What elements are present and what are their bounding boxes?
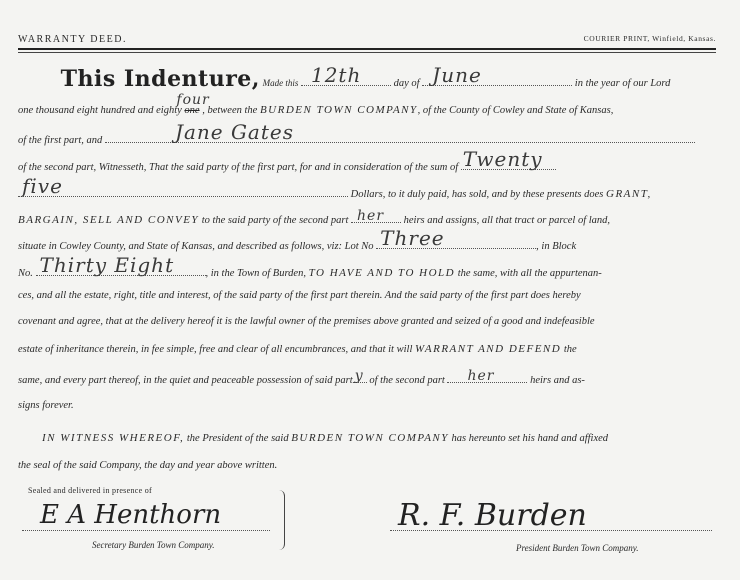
- dollars-line: five Dollars, to it duly paid, has sold,…: [18, 184, 716, 200]
- lot-line: situate in Cowley County, and State of K…: [18, 236, 716, 252]
- sum-value-1: Twenty: [463, 147, 543, 171]
- second-part-text: of the second part: [369, 375, 445, 386]
- party-suffix-value: y: [355, 368, 364, 384]
- day-value: 12th: [311, 63, 361, 87]
- heirs-as-text: heirs and as-: [530, 375, 585, 386]
- grantee-field: Jane Gates: [105, 130, 695, 143]
- printer-imprint: COURIER PRINT, Winfield, Kansas.: [584, 34, 716, 43]
- same-text: the same, with all the appurtenan-: [458, 268, 602, 279]
- witness-line: IN WITNESS WHEREOF, the President of the…: [42, 432, 716, 444]
- month-field: June: [422, 73, 572, 86]
- between-text: , between the: [202, 105, 257, 116]
- first-part-label: of the first part, and: [18, 135, 102, 146]
- year-prefix: one thousand eight hundred and eighty: [18, 105, 182, 116]
- witness-end-text: has hereunto set his hand and affixed: [452, 433, 609, 444]
- year-inserted: four: [176, 92, 209, 108]
- convey-line: BARGAIN, SELL AND CONVEY to the said par…: [18, 210, 716, 226]
- grant-text: GRANT,: [606, 188, 652, 200]
- pronoun-field-2: her: [447, 370, 527, 383]
- town-text: , in the Town of Burden,: [206, 268, 306, 279]
- possession-line: same, and every part thereof, in the qui…: [18, 370, 716, 386]
- lot-value: Three: [380, 226, 444, 250]
- president-signature: R. F. Burden: [398, 498, 587, 533]
- lot-field: Three: [376, 236, 536, 249]
- grantee-name: Jane Gates: [175, 120, 294, 144]
- block-line: No. Thirty Eight, in the Town of Burden,…: [18, 263, 716, 279]
- signature-brace: [278, 490, 285, 550]
- inheritance-line: estate of inheritance therein, in fee si…: [18, 343, 716, 355]
- have-hold-text: TO HAVE AND TO HOLD: [309, 267, 456, 279]
- situate-text: situate in Cowley County, and State of K…: [18, 241, 374, 252]
- block-field: Thirty Eight: [36, 263, 206, 276]
- consideration-line: of the second part, Witnesseth, That the…: [18, 157, 716, 173]
- warrant-defend-text: WARRANT AND DEFEND: [415, 343, 561, 355]
- header-rule: [18, 48, 716, 50]
- block-value: Thirty Eight: [40, 253, 175, 277]
- forever-line: signs forever.: [18, 400, 716, 411]
- dollars-text: Dollars, to it duly paid, has sold, and …: [351, 189, 604, 200]
- estate-line: ces, and all the estate, right, title an…: [18, 290, 716, 301]
- inheritance-text: estate of inheritance therein, in fee si…: [18, 344, 412, 355]
- sum-field-2: five: [18, 184, 348, 197]
- first-part-line: of the first part, and Jane Gates: [18, 130, 716, 146]
- sealed-label: Sealed and delivered in presence of: [28, 486, 152, 495]
- witness-text: the President of the said: [187, 433, 289, 444]
- president-title: President Burden Town Company.: [516, 543, 639, 553]
- pronoun-field-1: her: [351, 210, 401, 223]
- witness-caps: IN WITNESS WHEREOF,: [42, 432, 184, 444]
- year-correction: one four: [184, 105, 202, 116]
- header-rule-thin: [18, 52, 716, 53]
- pronoun-value-1: her: [357, 208, 384, 224]
- witnesseth-text: of the second part, Witnesseth, That the…: [18, 162, 458, 173]
- sum-field-1: Twenty: [461, 157, 556, 170]
- secretary-signature: E A Henthorn: [40, 500, 221, 530]
- made-this-label: Made this: [263, 78, 299, 88]
- day-field: 12th: [301, 73, 391, 86]
- bargain-text: BARGAIN, SELL AND CONVEY: [18, 214, 199, 226]
- form-title: WARRANTY DEED.: [18, 34, 127, 45]
- covenant-line: covenant and agree, that at the delivery…: [18, 316, 716, 327]
- secretary-title: Secretary Burden Town Company.: [92, 540, 215, 550]
- county-state-text: , of the County of Cowley and State of K…: [418, 105, 614, 116]
- party-suffix-field: y: [353, 370, 367, 383]
- month-value: June: [432, 63, 482, 87]
- the-text: the: [564, 344, 577, 355]
- year-line: one thousand eight hundred and eighty on…: [18, 104, 716, 116]
- block-no-label: No.: [18, 268, 33, 279]
- to-party-text: to the said party of the second part: [202, 215, 349, 226]
- sum-value-2: five: [22, 174, 63, 198]
- seal-line: the seal of the said Company, the day an…: [18, 460, 716, 471]
- in-block-text: , in Block: [536, 241, 576, 252]
- pronoun-value-2: her: [467, 368, 494, 384]
- deed-header: WARRANTY DEED. COURIER PRINT, Winfield, …: [18, 34, 716, 48]
- warranty-deed-document: WARRANTY DEED. COURIER PRINT, Winfield, …: [0, 0, 740, 580]
- indenture-heading: This Indenture,: [61, 66, 260, 92]
- year-of-lord-label: in the year of our Lord: [575, 78, 671, 89]
- witness-company: BURDEN TOWN COMPANY: [291, 432, 449, 444]
- possession-text: same, and every part thereof, in the qui…: [18, 375, 353, 386]
- indenture-line: This Indenture, Made this 12th day of Ju…: [18, 66, 716, 92]
- heirs-assigns-text: heirs and assigns, all that tract or par…: [404, 215, 610, 226]
- secretary-signature-line: [22, 530, 270, 531]
- company-name: BURDEN TOWN COMPANY: [260, 104, 418, 116]
- day-of-label: day of: [394, 78, 420, 89]
